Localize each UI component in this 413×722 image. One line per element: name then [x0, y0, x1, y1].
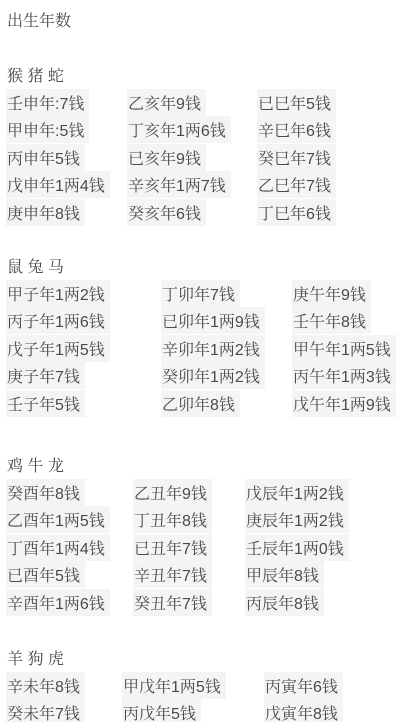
- year-value: 戊子年1两5钱: [6, 335, 110, 362]
- section-title: 鸡 牛 龙: [7, 451, 413, 479]
- section-monkey-pig-snake: 猴 猪 蛇 壬申年:7钱 乙亥年9钱 已巳年5钱 甲申年:5钱 丁亥年1两6钱 …: [7, 61, 413, 226]
- year-value: 癸巳年7钱: [257, 144, 336, 171]
- year-value: 丁巳年6钱: [257, 199, 336, 226]
- year-value: 壬子年5钱: [6, 390, 85, 417]
- year-value: 戊寅年8钱: [264, 699, 343, 722]
- year-value: 壬辰年1两0钱: [245, 534, 349, 561]
- section-rooster-ox-dragon: 鸡 牛 龙 癸酉年8钱 乙丑年9钱 戊辰年1两2钱 乙酉年1两5钱 丁丑年8钱 …: [7, 451, 413, 616]
- section-title: 鼠 兔 马: [7, 252, 413, 280]
- page-title: 出生年数: [7, 6, 413, 33]
- year-value: 已酉年5钱: [6, 561, 85, 588]
- year-value: 丙午年1两3钱: [292, 362, 396, 389]
- year-value: 庚辰年1两2钱: [245, 506, 349, 533]
- section-goat-dog-tiger: 羊 狗 虎 辛未年8钱 甲戊年1两5钱 丙寅年6钱 癸未年7钱 丙戊年5钱 戊寅…: [7, 644, 413, 722]
- table-row: 丙申年5钱 已亥年9钱 癸巳年7钱: [7, 144, 413, 172]
- year-value: 丙申年5钱: [6, 144, 85, 171]
- year-value: 丁卯年7钱: [161, 280, 240, 307]
- table-row: 甲申年:5钱 丁亥年1两6钱 辛巳年6钱: [7, 116, 413, 144]
- table-row: 壬申年:7钱 乙亥年9钱 已巳年5钱: [7, 89, 413, 117]
- year-value: 辛丑年7钱: [133, 561, 212, 588]
- year-value: 丁酉年1两4钱: [6, 534, 110, 561]
- document: 出生年数 猴 猪 蛇 壬申年:7钱 乙亥年9钱 已巳年5钱 甲申年:5钱 丁亥年…: [0, 0, 413, 722]
- table-row: 壬子年5钱 乙卯年8钱 戊午年1两9钱: [7, 390, 413, 418]
- table-row: 庚申年8钱 癸亥年6钱 丁巳年6钱: [7, 199, 413, 227]
- year-value: 戊午年1两9钱: [292, 390, 396, 417]
- table-row: 辛酉年1两6钱 癸丑年7钱 丙辰年8钱: [7, 589, 413, 617]
- table-row: 庚子年7钱 癸卯年1两2钱 丙午年1两3钱: [7, 362, 413, 390]
- year-value: 甲戊年1两5钱: [122, 672, 226, 699]
- year-value: 乙酉年1两5钱: [6, 506, 110, 533]
- year-value: 癸卯年1两2钱: [161, 362, 265, 389]
- table-row: 已酉年5钱 辛丑年7钱 甲辰年8钱: [7, 561, 413, 589]
- year-value: 庚申年8钱: [6, 199, 85, 226]
- table-row: 戊子年1两5钱 辛卯年1两2钱 甲午年1两5钱: [7, 335, 413, 363]
- year-value: 癸丑年7钱: [133, 589, 212, 616]
- year-value: 丁亥年1两6钱: [127, 116, 231, 143]
- year-value: 已巳年5钱: [257, 89, 336, 116]
- year-value: 壬午年8钱: [292, 307, 371, 334]
- year-value: 乙巳年7钱: [257, 171, 336, 198]
- year-value: 戊申年1两4钱: [6, 171, 110, 198]
- year-value: 丙戊年5钱: [122, 699, 201, 722]
- year-value: 庚午年9钱: [292, 280, 371, 307]
- table-row: 丁酉年1两4钱 已丑年7钱 壬辰年1两0钱: [7, 534, 413, 562]
- year-value: 辛未年8钱: [6, 672, 85, 699]
- year-value: 癸亥年6钱: [127, 199, 206, 226]
- section-rat-rabbit-horse: 鼠 兔 马 甲子年1两2钱 丁卯年7钱 庚午年9钱 丙子年1两6钱 已卯年1两9…: [7, 252, 413, 417]
- year-value: 辛巳年6钱: [257, 116, 336, 143]
- section-title: 羊 狗 虎: [7, 644, 413, 672]
- year-value: 丁丑年8钱: [133, 506, 212, 533]
- year-value: 丙辰年8钱: [245, 589, 324, 616]
- year-value: 已卯年1两9钱: [161, 307, 265, 334]
- year-value: 甲申年:5钱: [6, 116, 89, 143]
- year-value: 乙卯年8钱: [161, 390, 240, 417]
- year-value: 乙亥年9钱: [127, 89, 206, 116]
- year-value: 乙丑年9钱: [133, 479, 212, 506]
- table-row: 乙酉年1两5钱 丁丑年8钱 庚辰年1两2钱: [7, 506, 413, 534]
- table-row: 戊申年1两4钱 辛亥年1两7钱 乙巳年7钱: [7, 171, 413, 199]
- year-value: 戊辰年1两2钱: [245, 479, 349, 506]
- year-value: 已丑年7钱: [133, 534, 212, 561]
- year-value: 辛卯年1两2钱: [161, 335, 265, 362]
- table-row: 甲子年1两2钱 丁卯年7钱 庚午年9钱: [7, 280, 413, 308]
- year-value: 壬申年:7钱: [6, 89, 89, 116]
- year-value: 辛亥年1两7钱: [127, 171, 231, 198]
- table-row: 辛未年8钱 甲戊年1两5钱 丙寅年6钱: [7, 672, 413, 700]
- year-value: 已亥年9钱: [127, 144, 206, 171]
- table-row: 癸酉年8钱 乙丑年9钱 戊辰年1两2钱: [7, 479, 413, 507]
- year-value: 癸未年7钱: [6, 699, 85, 722]
- section-title: 猴 猪 蛇: [7, 61, 413, 89]
- year-value: 甲午年1两5钱: [292, 335, 396, 362]
- year-value: 丙寅年6钱: [264, 672, 343, 699]
- year-value: 丙子年1两6钱: [6, 307, 110, 334]
- year-value: 癸酉年8钱: [6, 479, 85, 506]
- table-row: 癸未年7钱 丙戊年5钱 戊寅年8钱: [7, 699, 413, 722]
- year-value: 庚子年7钱: [6, 362, 85, 389]
- year-value: 辛酉年1两6钱: [6, 589, 110, 616]
- year-value: 甲子年1两2钱: [6, 280, 110, 307]
- table-row: 丙子年1两6钱 已卯年1两9钱 壬午年8钱: [7, 307, 413, 335]
- year-value: 甲辰年8钱: [245, 561, 324, 588]
